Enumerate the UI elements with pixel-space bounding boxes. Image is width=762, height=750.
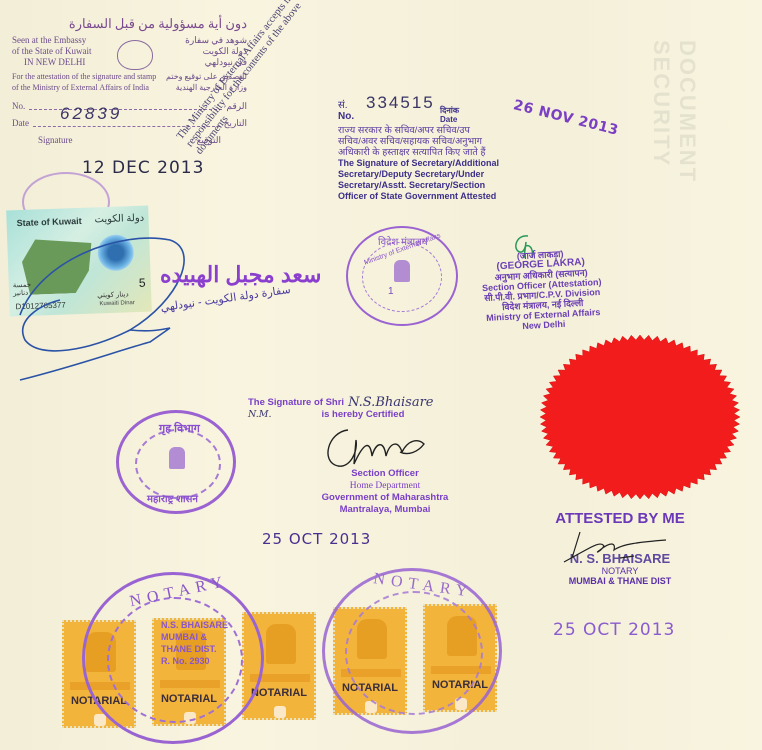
- home-dept-office: Section Officer Home Department Governme…: [300, 468, 470, 516]
- ashoka-emblem-icon: [169, 447, 185, 469]
- seen-at-embassy-en: Seen at the Embassy of the State of Kuwa…: [12, 35, 102, 68]
- ashoka-emblem-icon: [394, 260, 410, 282]
- kuwait-emblem-icon: [117, 40, 153, 70]
- date-label: Date: [12, 118, 29, 129]
- mea-number: 334515: [366, 93, 435, 113]
- signature-label: Signature: [38, 135, 73, 146]
- notary-signature: [560, 528, 670, 568]
- kuwait-signatory-name: سعد مجبل الهبيده: [160, 262, 321, 288]
- notary-date-stamp: 25 OCT 2013: [553, 620, 675, 640]
- notary-seal-details: N.S. BHAISARE MUMBAI & THANE DIST. R. No…: [161, 619, 228, 667]
- home-dept-date-stamp: 25 OCT 2013: [262, 530, 371, 548]
- embassy-disclaimer-arabic: دون أية مسؤولية من قبل السفارة: [12, 18, 247, 29]
- faint-watermark-text: DOCUMENT SECURITY: [648, 40, 700, 183]
- embassy-date-stamp: 12 DEC 2013: [82, 158, 204, 178]
- mea-date-labels: दिनांक Date: [440, 106, 459, 124]
- section-officer-stamp: (जार्ज लाकड़ा) (GEORGE LAKRA) अनुभाग अधि…: [460, 246, 624, 334]
- home-dept-round-stamp: गृह विभाग महाराष्ट्र शासन: [116, 410, 236, 514]
- officer-signature: [318, 422, 438, 472]
- notary-seal-right: NOTARY: [322, 568, 502, 734]
- red-wax-seal: [536, 332, 744, 502]
- mea-round-stamp: विदेश मंत्रालय Ministry of External Affa…: [346, 226, 458, 326]
- mea-no-labels: सं. No.: [338, 100, 354, 122]
- mea-attestation-text: राज्य सरकार के सचिव/अपर सचिव/उप सचिव/अवर…: [338, 125, 548, 202]
- embassy-number: 62839: [60, 104, 122, 124]
- home-dept-certification: The Signature of Shri N.S.Bhaisare N.M. …: [248, 397, 488, 421]
- no-label: No.: [12, 101, 25, 112]
- notary-seal-left: NOTARY N.S. BHAISARE MUMBAI & THANE DIST…: [82, 572, 264, 744]
